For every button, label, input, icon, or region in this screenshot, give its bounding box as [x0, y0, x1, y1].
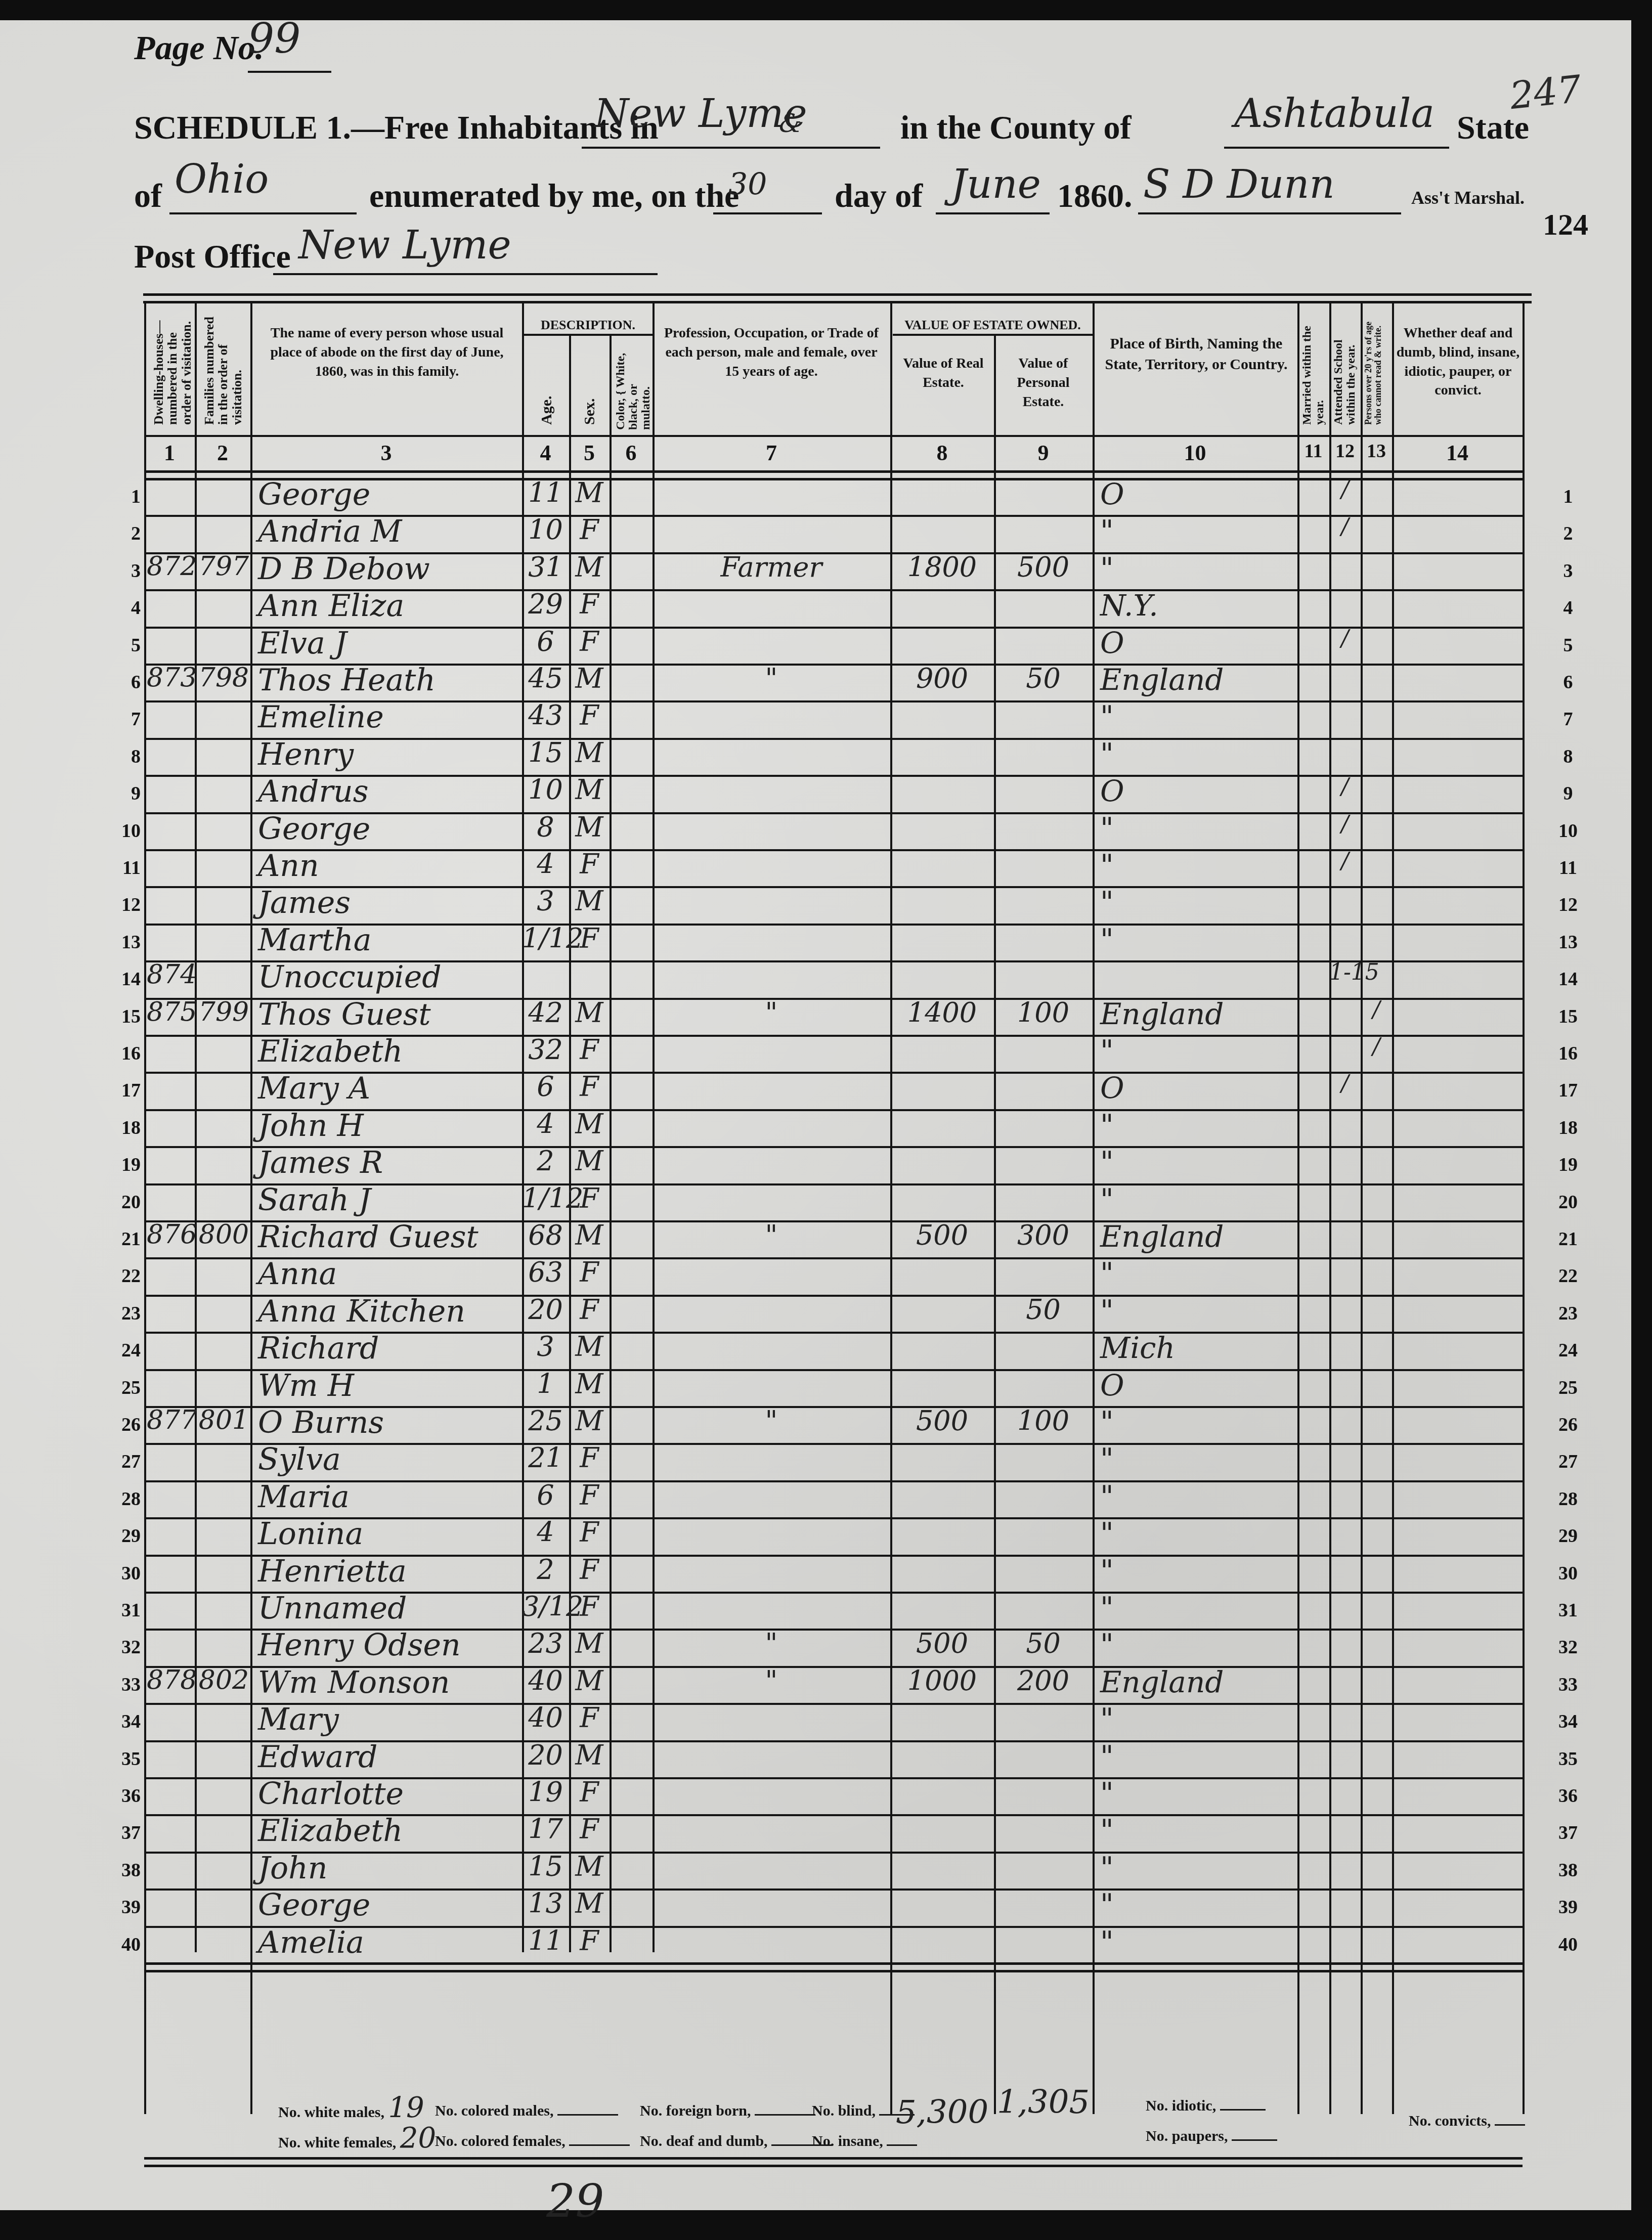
cell-sex: F	[569, 1256, 610, 1288]
cell-age: 31	[522, 551, 569, 583]
col-header-disability: Whether deaf and dumb, blind, insane, id…	[1396, 324, 1520, 400]
col-divider	[610, 334, 612, 1952]
col-header-name: The name of every person whose usual pla…	[258, 288, 516, 381]
cell-age: 10	[522, 514, 569, 546]
cell-birthplace: "	[1100, 1851, 1297, 1885]
cell-name: Unoccupied	[258, 959, 521, 995]
col-divider	[1297, 303, 1299, 2114]
col-divider	[1392, 303, 1394, 2114]
col-header-birthplace: Place of Birth, Naming the State, Territ…	[1098, 334, 1295, 375]
cell-birthplace: "	[1100, 1813, 1297, 1848]
line-number-right: 15	[1545, 1005, 1591, 1028]
cell-birthplace: "	[1100, 1887, 1297, 1922]
post-office-label: Post Office	[134, 238, 291, 276]
cell-sex: M	[569, 774, 610, 806]
line-number-right: 30	[1545, 1562, 1591, 1585]
cell-name: Henrietta	[258, 1554, 521, 1589]
data-bottom-border	[144, 1962, 1523, 1972]
line-number-left: 23	[115, 1302, 141, 1325]
month-line	[936, 212, 1050, 214]
cell-sex: F	[569, 588, 610, 620]
col-number: 3	[250, 440, 522, 466]
summary-insane: No. insane,	[812, 2129, 917, 2150]
post-office-line	[273, 273, 658, 275]
cell-school: 1-15	[1329, 959, 1361, 985]
line-number-left: 4	[115, 597, 141, 619]
convicts-label: No. convicts,	[1409, 2113, 1491, 2129]
col-header-real-estate: Value of Real Estate.	[895, 354, 991, 392]
idiotic-blank	[1220, 2094, 1266, 2111]
cell-sex: F	[569, 1776, 610, 1808]
line-number-left: 9	[115, 782, 141, 805]
line-number-right: 4	[1545, 597, 1591, 619]
cell-sex: F	[569, 1813, 610, 1845]
cell-age: 10	[522, 774, 569, 806]
cell-occupation: "	[655, 663, 888, 694]
township-value: New Lyme	[594, 91, 807, 137]
line-number-right: 40	[1545, 1934, 1591, 1956]
cell-name: Elizabeth	[258, 1813, 521, 1849]
cell-age: 45	[522, 663, 569, 694]
cell-real-estate: 1400	[890, 997, 994, 1029]
month-value: June	[951, 162, 1041, 207]
line-number-right: 25	[1545, 1377, 1591, 1399]
line-number-right: 23	[1545, 1302, 1591, 1325]
line-number-left: 38	[115, 1859, 141, 1881]
cell-name: Richard Guest	[258, 1219, 521, 1255]
cell-name: Unnamed	[258, 1591, 521, 1626]
cell-name: Martha	[258, 923, 521, 958]
cell-birthplace: O	[1100, 774, 1297, 808]
county-label: in the County of	[900, 109, 1132, 147]
cell-birthplace: "	[1100, 1702, 1297, 1736]
cell-school: /	[1329, 774, 1361, 800]
cell-dwelling: 872	[147, 551, 195, 582]
cell-dwelling: 876	[147, 1219, 195, 1250]
blind-label: No. blind,	[812, 2102, 876, 2119]
summary-white-males: No. white males, 19	[278, 2091, 424, 2124]
col-header-school: Attended School within the year.	[1332, 309, 1359, 425]
cell-age: 40	[522, 1702, 569, 1734]
line-number-right: 31	[1545, 1599, 1591, 1621]
col-header-personal-estate: Value of Personal Estate.	[996, 354, 1090, 411]
cell-birthplace: Mich	[1100, 1331, 1297, 1365]
line-number-right: 24	[1545, 1339, 1591, 1361]
col-header-married: Married within the year.	[1301, 309, 1327, 425]
page-number-value: 99	[248, 15, 300, 63]
cell-name: Andrus	[258, 774, 521, 809]
line-number-left: 30	[115, 1562, 141, 1585]
cell-birthplace: O	[1100, 1071, 1297, 1105]
line-number-right: 34	[1545, 1710, 1591, 1733]
cell-sex: M	[569, 1851, 610, 1882]
footer-note: 29	[546, 2175, 604, 2228]
summary-bottom-border	[144, 2157, 1523, 2167]
cell-sex: F	[569, 626, 610, 657]
cell-personal-estate: 50	[994, 663, 1093, 694]
col-divider	[144, 303, 146, 2114]
foreign-born-label: No. foreign born,	[640, 2102, 751, 2119]
cell-real-estate: 500	[890, 1405, 994, 1437]
convicts-blank	[1495, 2109, 1525, 2126]
summary-convicts: No. convicts,	[1409, 2109, 1525, 2130]
cell-birthplace: "	[1100, 1442, 1297, 1476]
col-number: 13	[1361, 440, 1392, 462]
summary-colored-females: No. colored females,	[435, 2129, 630, 2150]
foreign-born-blank	[755, 2099, 815, 2116]
line-number-right: 13	[1545, 931, 1591, 953]
cell-name: Anna	[258, 1256, 521, 1292]
idiotic-label: No. idiotic,	[1146, 2097, 1216, 2114]
line-number-left: 5	[115, 634, 141, 656]
colored-males-label: No. colored males,	[435, 2102, 553, 2119]
cell-age: 19	[522, 1776, 569, 1808]
day-of-label: day of	[835, 177, 923, 215]
line-number-left: 32	[115, 1636, 141, 1658]
col-number: 11	[1297, 440, 1329, 462]
line-number-left: 21	[115, 1228, 141, 1250]
cell-sex: M	[569, 885, 610, 917]
cell-sex: F	[569, 1925, 610, 1957]
summary-idiotic: No. idiotic,	[1146, 2094, 1266, 2115]
cell-birthplace: "	[1100, 848, 1297, 883]
line-number-left: 6	[115, 671, 141, 693]
cell-name: Anna Kitchen	[258, 1294, 521, 1329]
col-header-family: Families numbered in the order of visita…	[202, 314, 245, 425]
col-header-color: Color, { White, black, or mulatto.	[615, 339, 650, 430]
cell-birthplace: "	[1100, 551, 1297, 586]
cell-real-estate: 1800	[890, 551, 994, 583]
cell-name: Richard	[258, 1331, 521, 1366]
personal-estate-total: 1,305	[994, 2084, 1093, 2121]
cell-birthplace: "	[1100, 1294, 1297, 1328]
line-number-right: 1	[1545, 486, 1591, 508]
cell-age: 13	[522, 1887, 569, 1919]
cell-sex: M	[569, 811, 610, 843]
cell-birthplace: "	[1100, 514, 1297, 548]
line-number-left: 37	[115, 1822, 141, 1844]
cell-occupation: Farmer	[655, 551, 888, 583]
township-line	[582, 147, 880, 149]
cell-birthplace: "	[1100, 737, 1297, 771]
line-number-left: 16	[115, 1042, 141, 1065]
col-number: 4	[522, 440, 569, 466]
line-number-left: 24	[115, 1339, 141, 1361]
cell-name: Thos Guest	[258, 997, 521, 1032]
cell-sex: M	[569, 997, 610, 1029]
group-divider	[524, 334, 653, 336]
col-divider	[1361, 303, 1363, 2114]
line-number-left: 1	[115, 486, 141, 508]
cell-sex: M	[569, 1108, 610, 1140]
cell-family: 799	[197, 997, 250, 1027]
cell-name: Mary	[258, 1702, 521, 1737]
cell-occupation: "	[655, 1665, 888, 1697]
cell-school: /	[1329, 1071, 1361, 1096]
line-number-right: 20	[1545, 1191, 1591, 1213]
line-number-right: 3	[1545, 560, 1591, 582]
line-number-right: 17	[1545, 1079, 1591, 1102]
cell-birthplace: "	[1100, 923, 1297, 957]
cell-age: 1/12	[522, 923, 569, 954]
cell-sex: M	[569, 1145, 610, 1177]
line-number-left: 18	[115, 1117, 141, 1139]
page-number-line	[248, 71, 331, 73]
marshal-line	[1138, 212, 1401, 214]
cell-school: /	[1329, 848, 1361, 874]
line-number-left: 17	[115, 1079, 141, 1102]
county-value: Ashtabula	[1234, 91, 1434, 137]
deaf-dumb-label: No. deaf and dumb,	[640, 2133, 768, 2149]
cell-family: 797	[197, 551, 250, 582]
line-number-right: 32	[1545, 1636, 1591, 1658]
line-number-right: 28	[1545, 1488, 1591, 1510]
cell-school: /	[1329, 514, 1361, 540]
cell-birthplace: "	[1100, 1405, 1297, 1439]
white-females-label: No. white females,	[278, 2134, 396, 2151]
cell-birthplace: "	[1100, 1776, 1297, 1811]
cell-name: Emeline	[258, 699, 521, 735]
cell-name: Amelia	[258, 1925, 521, 1960]
line-number-right: 26	[1545, 1414, 1591, 1436]
colored-females-label: No. colored females,	[435, 2133, 566, 2149]
cell-sex: F	[569, 1182, 610, 1214]
cell-dwelling: 874	[147, 959, 195, 990]
line-number-left: 31	[115, 1599, 141, 1621]
cell-real-estate: 900	[890, 663, 994, 694]
cell-age: 6	[522, 1071, 569, 1103]
group-header-description: DESCRIPTION.	[524, 316, 653, 334]
cell-name: Ann Eliza	[258, 588, 521, 624]
white-females-count: 20	[400, 2122, 436, 2155]
cell-sex: F	[569, 1591, 610, 1622]
cell-real-estate: 500	[890, 1219, 994, 1251]
line-number-right: 22	[1545, 1265, 1591, 1287]
cell-sex: M	[569, 1219, 610, 1251]
cell-age: 21	[522, 1442, 569, 1474]
cell-age: 6	[522, 1479, 569, 1511]
line-number-left: 20	[115, 1191, 141, 1213]
cell-age: 20	[522, 1739, 569, 1771]
cell-age: 29	[522, 588, 569, 620]
cell-sex: F	[569, 514, 610, 546]
cell-family: 800	[197, 1219, 250, 1250]
line-number-left: 15	[115, 1005, 141, 1028]
cell-birthplace: "	[1100, 811, 1297, 846]
cell-occupation: "	[655, 1219, 888, 1251]
sheet-number: 124	[1543, 207, 1588, 242]
col-divider	[1093, 303, 1095, 2114]
cell-name: John H	[258, 1108, 521, 1144]
cell-occupation: "	[655, 997, 888, 1029]
cell-name: Mary A	[258, 1071, 521, 1106]
col-header-occupation: Profession, Occupation, or Trade of each…	[658, 324, 885, 381]
cell-age: 32	[522, 1034, 569, 1066]
cell-family: 798	[197, 663, 250, 693]
line-number-left: 35	[115, 1748, 141, 1770]
cell-age: 4	[522, 1516, 569, 1548]
line-number-left: 25	[115, 1377, 141, 1399]
cell-sex: F	[569, 923, 610, 954]
cell-age: 11	[522, 477, 569, 509]
cell-name: Elva J	[258, 626, 521, 661]
cell-age: 3	[522, 885, 569, 917]
line-number-right: 18	[1545, 1117, 1591, 1139]
state-value: Ohio	[175, 157, 269, 202]
col-divider	[1329, 303, 1331, 2114]
line-number-right: 37	[1545, 1822, 1591, 1844]
cell-age: 3/12	[522, 1591, 569, 1622]
line-number-right: 29	[1545, 1525, 1591, 1547]
cell-occupation: "	[655, 1628, 888, 1659]
cell-sex: F	[569, 1442, 610, 1474]
cell-birthplace: "	[1100, 1628, 1297, 1662]
line-number-left: 22	[115, 1265, 141, 1287]
col-number: 6	[610, 440, 653, 466]
col-number: 9	[994, 440, 1093, 466]
cell-birthplace: "	[1100, 1034, 1297, 1068]
cell-birthplace: England	[1100, 997, 1297, 1031]
cell-birthplace: "	[1100, 1739, 1297, 1774]
cell-age: 15	[522, 737, 569, 769]
cell-birthplace: O	[1100, 477, 1297, 511]
cell-name: Sylva	[258, 1442, 521, 1477]
cell-birthplace: England	[1100, 663, 1297, 697]
cell-dwelling: 877	[147, 1405, 195, 1435]
line-number-left: 7	[115, 708, 141, 730]
cell-school: /	[1329, 811, 1361, 837]
township-suffix: &	[779, 109, 802, 138]
paupers-blank	[1232, 2124, 1277, 2141]
line-number-right: 14	[1545, 968, 1591, 990]
line-number-left: 12	[115, 894, 141, 916]
cell-age: 2	[522, 1145, 569, 1177]
cell-name: Edward	[258, 1739, 521, 1775]
cell-name: John	[258, 1851, 521, 1886]
line-number-left: 11	[115, 857, 141, 879]
cell-sex: F	[569, 699, 610, 731]
post-office-value: New Lyme	[298, 223, 511, 268]
col-number: 10	[1093, 440, 1297, 466]
col-number: 2	[195, 440, 250, 466]
col-divider	[250, 303, 252, 2114]
cell-personal-estate: 300	[994, 1219, 1093, 1251]
col-number: 12	[1329, 440, 1361, 462]
cell-illiterate: /	[1361, 997, 1392, 1023]
line-number-right: 27	[1545, 1451, 1591, 1473]
line-number-left: 8	[115, 745, 141, 768]
summary-deaf-dumb: No. deaf and dumb,	[640, 2129, 832, 2150]
cell-birthplace: O	[1100, 626, 1297, 660]
white-males-count: 19	[388, 2091, 424, 2124]
enumerated-label: enumerated by me, on the	[369, 177, 739, 215]
cell-age: 23	[522, 1628, 569, 1659]
summary-colored-males: No. colored males,	[435, 2099, 618, 2120]
cell-name: O Burns	[258, 1405, 521, 1440]
col-number: 7	[653, 440, 890, 466]
line-number-left: 13	[115, 931, 141, 953]
cell-name: Sarah J	[258, 1182, 521, 1218]
cell-sex: M	[569, 1405, 610, 1437]
cell-sex: M	[569, 1628, 610, 1659]
cell-name: James R	[258, 1145, 521, 1180]
cell-age: 1/12	[522, 1182, 569, 1214]
group-divider	[893, 334, 1093, 336]
line-number-right: 21	[1545, 1228, 1591, 1250]
cell-name: Ann	[258, 848, 521, 884]
cell-birthplace: "	[1100, 1182, 1297, 1217]
cell-school: /	[1329, 477, 1361, 503]
colored-females-blank	[569, 2129, 630, 2146]
line-number-left: 33	[115, 1674, 141, 1696]
cell-age: 1	[522, 1368, 569, 1400]
real-estate-total: 5,300	[890, 2094, 994, 2131]
white-males-label: No. white males,	[278, 2104, 384, 2121]
cell-name: James	[258, 885, 521, 920]
col-header-age: Age.	[539, 344, 559, 425]
cell-sex: F	[569, 1479, 610, 1511]
col-divider	[653, 303, 655, 1952]
line-number-right: 9	[1545, 782, 1591, 805]
line-number-right: 39	[1545, 1896, 1591, 1918]
line-number-left: 34	[115, 1710, 141, 1733]
cell-personal-estate: 100	[994, 1405, 1093, 1437]
col-number: 5	[569, 440, 610, 466]
header-divider	[144, 435, 1523, 437]
cell-birthplace: "	[1100, 1516, 1297, 1551]
cell-name: George	[258, 811, 521, 847]
col-header-dwelling: Dwelling-houses—numbered in the order of…	[152, 314, 192, 425]
col-number: 8	[890, 440, 994, 466]
cell-name: George	[258, 477, 521, 512]
cell-sex: M	[569, 1368, 610, 1400]
day-line	[713, 212, 822, 214]
cell-personal-estate: 200	[994, 1665, 1093, 1697]
line-number-right: 7	[1545, 708, 1591, 730]
cell-name: George	[258, 1887, 521, 1923]
cell-sex: M	[569, 737, 610, 769]
cell-birthplace: "	[1100, 1554, 1297, 1588]
day-value: 30	[728, 167, 767, 202]
cell-sex: M	[569, 1739, 610, 1771]
cell-name: Lonina	[258, 1516, 521, 1552]
line-number-left: 36	[115, 1785, 141, 1807]
line-number-right: 10	[1545, 820, 1591, 842]
group-header-value-estate: VALUE OF ESTATE OWNED.	[893, 316, 1093, 334]
cell-family: 802	[197, 1665, 250, 1695]
cell-name: Henry Odsen	[258, 1628, 521, 1663]
page-number-label: Page No.	[134, 28, 264, 68]
cell-birthplace: "	[1100, 1108, 1297, 1143]
col-header-illiterate: Persons over 20 y'rs of age who cannot r…	[1364, 309, 1390, 425]
cell-age: 63	[522, 1256, 569, 1288]
line-number-left: 29	[115, 1525, 141, 1547]
cell-age: 3	[522, 1331, 569, 1363]
cell-family: 801	[197, 1405, 250, 1435]
line-number-right: 2	[1545, 522, 1591, 545]
col-divider	[195, 303, 197, 1952]
summary-white-females: No. white females, 20	[278, 2122, 436, 2155]
line-number-left: 27	[115, 1451, 141, 1473]
line-number-left: 40	[115, 1934, 141, 1956]
cell-age: 2	[522, 1554, 569, 1586]
cell-age: 15	[522, 1851, 569, 1882]
cell-personal-estate: 100	[994, 997, 1093, 1029]
year-label: 1860.	[1057, 177, 1133, 215]
cell-age: 20	[522, 1294, 569, 1326]
cell-age: 4	[522, 1108, 569, 1140]
cell-birthplace: "	[1100, 1479, 1297, 1514]
